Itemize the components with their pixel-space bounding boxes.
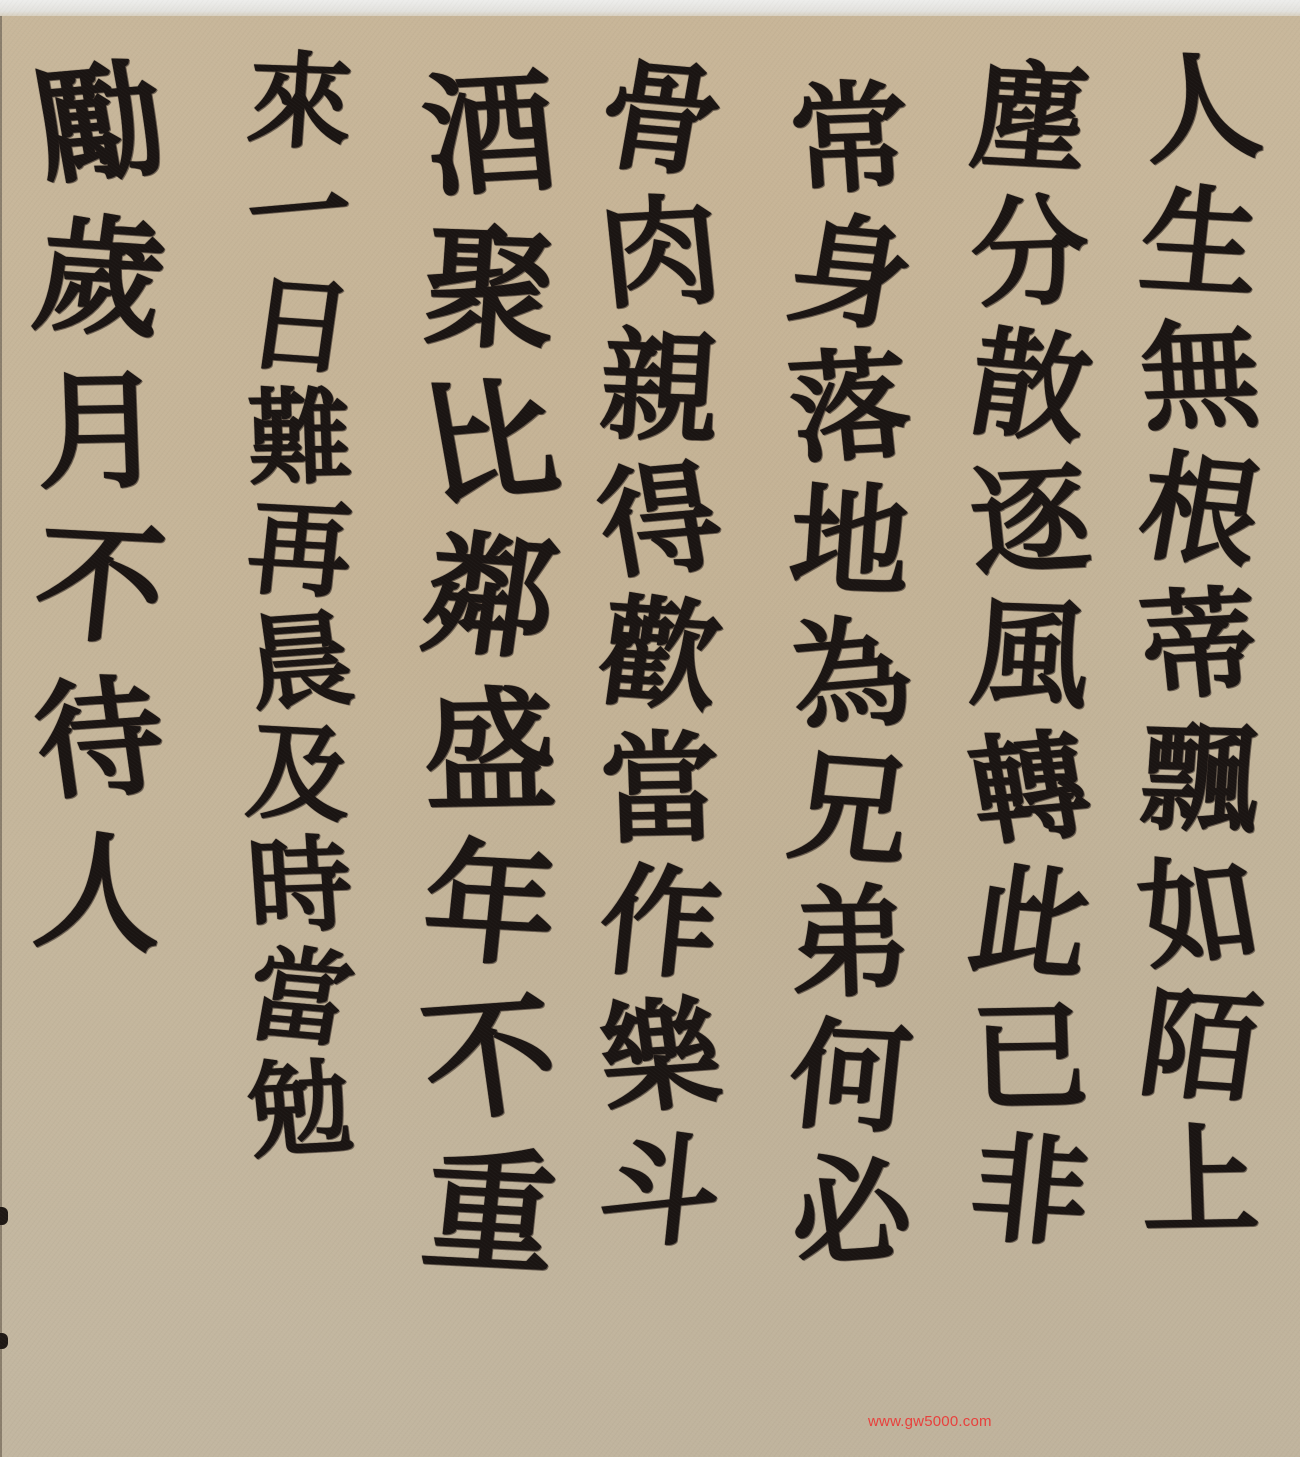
calligraphy-character: 晨 <box>241 607 359 717</box>
mounting-strip <box>0 0 1300 16</box>
calligraphy-character: 為 <box>780 611 920 740</box>
calligraphy-character: 勵 <box>25 55 175 193</box>
calligraphy-column: 勵歲月不待人 <box>36 60 164 984</box>
calligraphy-character: 塵 <box>965 57 1095 181</box>
calligraphy-character: 當 <box>239 942 361 1054</box>
calligraphy-character: 根 <box>1131 448 1269 575</box>
calligraphy-column: 常身落地為兄弟何必 <box>790 80 910 1286</box>
calligraphy-character: 非 <box>965 1129 1095 1253</box>
calligraphy-character: 兄 <box>782 746 918 873</box>
calligraphy-character: 聚 <box>419 222 560 358</box>
calligraphy-character: 樂 <box>592 994 728 1121</box>
calligraphy-character: 身 <box>780 209 920 338</box>
calligraphy-character: 不 <box>29 519 170 653</box>
calligraphy-character: 難 <box>246 385 354 491</box>
calligraphy-character: 時 <box>244 832 355 939</box>
calligraphy-character: 日 <box>241 271 359 381</box>
calligraphy-column: 人生無根蒂飄如陌上 <box>1141 50 1259 1256</box>
watermark: www.gw5000.com <box>868 1413 992 1430</box>
calligraphy-character: 待 <box>27 672 173 808</box>
calligraphy-character: 落 <box>784 345 916 471</box>
calligraphy-character: 逐 <box>965 459 1095 583</box>
calligraphy-character: 分 <box>967 192 1093 314</box>
calligraphy-character: 再 <box>243 495 358 604</box>
calligraphy-character: 已 <box>969 997 1091 1117</box>
ink-fragment <box>0 1207 8 1225</box>
scroll-left-edge <box>0 16 2 1457</box>
calligraphy-character: 歡 <box>592 592 728 719</box>
calligraphy-character: 無 <box>1137 316 1263 438</box>
calligraphy-character: 歲 <box>27 210 173 346</box>
calligraphy-character: 飄 <box>1137 718 1263 840</box>
calligraphy-character: 散 <box>961 324 1099 451</box>
calligraphy-character: 鄰 <box>415 528 565 668</box>
calligraphy-character: 常 <box>786 78 914 202</box>
calligraphy-character: 肉 <box>594 191 726 317</box>
calligraphy-column: 來一日難再晨及時當勉 <box>248 50 352 1170</box>
calligraphy-character: 來 <box>244 48 355 155</box>
calligraphy-character: 人 <box>29 827 170 961</box>
calligraphy-character: 年 <box>417 837 563 975</box>
calligraphy-character: 風 <box>967 594 1093 716</box>
calligraphy-character: 轉 <box>961 726 1099 853</box>
calligraphy-character: 骨 <box>590 55 730 184</box>
calligraphy-character: 得 <box>590 457 730 586</box>
calligraphy-character: 及 <box>243 719 358 828</box>
calligraphy-character: 如 <box>1131 850 1269 977</box>
calligraphy-column: 塵分散逐風轉此已非 <box>971 60 1089 1266</box>
calligraphy-character: 何 <box>784 1015 916 1141</box>
calligraphy-character: 盛 <box>422 685 559 819</box>
calligraphy-character: 作 <box>594 861 726 987</box>
calligraphy-character: 月 <box>34 367 166 497</box>
calligraphy-column: 骨肉親得歡當作樂斗 <box>600 60 720 1266</box>
calligraphy-column: 酒聚比鄰盛年不重 <box>424 70 556 1302</box>
calligraphy-character: 重 <box>417 1145 563 1283</box>
calligraphy-character: 蒂 <box>1135 583 1265 707</box>
calligraphy-scroll: 人生無根蒂飄如陌上塵分散逐風轉此已非常身落地為兄弟何必骨肉親得歡當作樂斗酒聚比鄰… <box>0 0 1300 1457</box>
calligraphy-character: 勉 <box>243 1055 358 1164</box>
calligraphy-character: 酒 <box>417 67 563 205</box>
calligraphy-character: 不 <box>415 990 565 1130</box>
calligraphy-character: 生 <box>1135 181 1265 305</box>
calligraphy-character: 斗 <box>594 1129 726 1255</box>
calligraphy-character: 弟 <box>788 883 912 1005</box>
calligraphy-character: 人 <box>1133 46 1267 171</box>
ink-fragment <box>0 1333 8 1349</box>
calligraphy-character: 當 <box>598 729 722 851</box>
calligraphy-character: 一 <box>239 158 361 270</box>
calligraphy-character: 此 <box>963 860 1097 985</box>
calligraphy-character: 必 <box>782 1148 918 1275</box>
calligraphy-character: 陌 <box>1133 984 1267 1109</box>
calligraphy-character: 親 <box>596 326 724 450</box>
calligraphy-character: 上 <box>1139 1121 1261 1241</box>
calligraphy-character: 地 <box>786 480 914 604</box>
calligraphy-character: 比 <box>413 373 568 515</box>
